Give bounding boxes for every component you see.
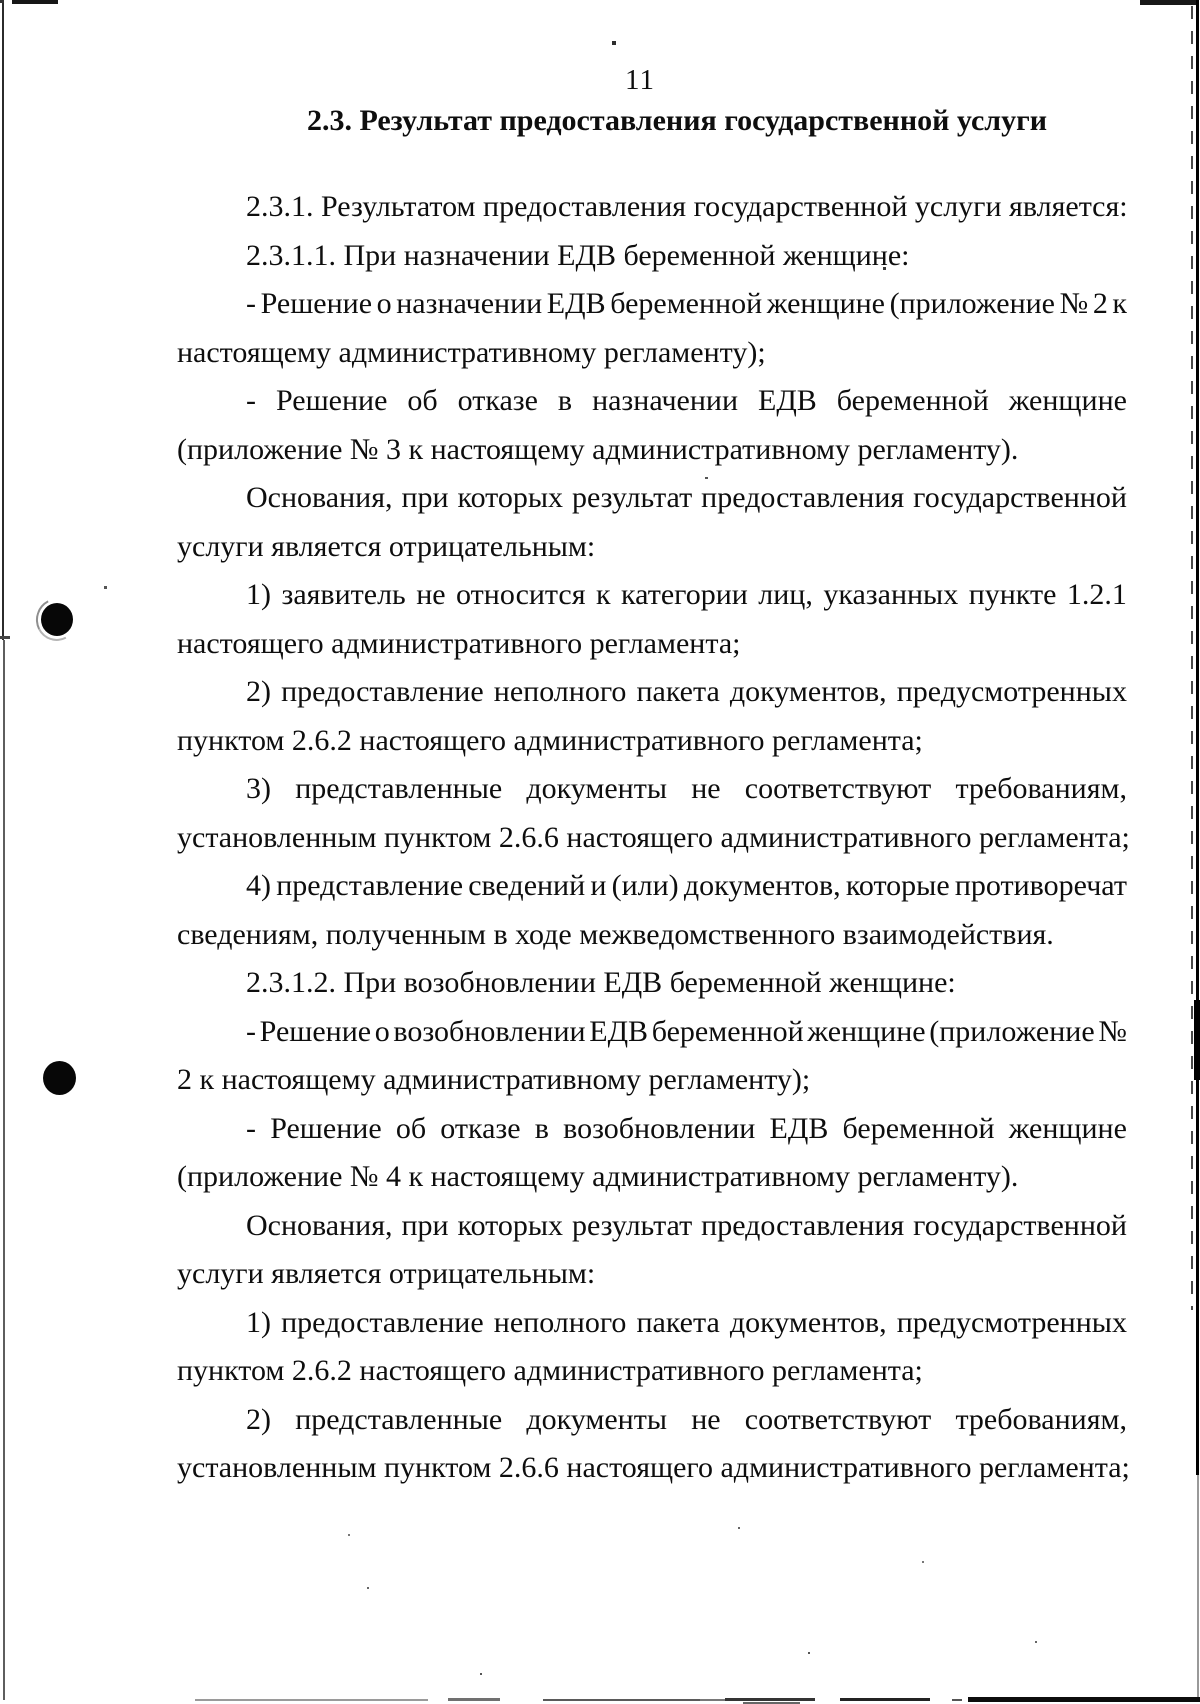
- text-word: при: [401, 478, 448, 518]
- scan-edge-mark: [1196, 0, 1199, 1475]
- text-line: (приложение № 3 к настоящему администрат…: [177, 430, 1127, 470]
- scan-bottom-line-segment: [195, 1699, 428, 1701]
- text-line: настоящему административному регламенту)…: [177, 333, 1127, 373]
- text-word: и: [590, 866, 606, 906]
- text-word: отказе: [440, 1109, 520, 1149]
- text-word: к: [596, 575, 611, 615]
- text-line: пунктом 2.6.2 настоящего административно…: [177, 1351, 1127, 1391]
- scan-speckle: [612, 41, 616, 45]
- text-word: лиц,: [758, 575, 813, 615]
- text-word: в: [558, 381, 572, 421]
- text-word: не: [691, 769, 720, 809]
- text-word: предусмотренных: [897, 672, 1127, 712]
- text-word: (приложение: [929, 1012, 1094, 1052]
- scan-speckle: [922, 1561, 924, 1563]
- text-line: услуги является отрицательным:: [177, 527, 1127, 567]
- text-word: которых: [458, 478, 564, 518]
- hole-punch-mark: [43, 1061, 76, 1095]
- scan-edge-mark: [3, 640, 5, 1700]
- text-word: (приложение: [890, 284, 1055, 324]
- text-word: документы: [526, 769, 667, 809]
- text-word: отказе: [458, 381, 538, 421]
- text-line: 2.3.1.1. При назначении ЕДВ беременной ж…: [246, 236, 1127, 276]
- text-word: -: [246, 1109, 256, 1149]
- page-number: 11: [177, 60, 1127, 100]
- text-word: беременной: [843, 1109, 995, 1149]
- text-word: возобновлении: [563, 1109, 755, 1149]
- text-word: №: [1098, 1012, 1127, 1052]
- text-line: установленным пунктом 2.6.6 настоящего а…: [177, 818, 1127, 858]
- text-word: -: [246, 381, 256, 421]
- text-line: -РешениеовозобновленииЕДВбеременнойженщи…: [246, 1012, 1127, 1052]
- text-line: установленным пунктом 2.6.6 настоящего а…: [177, 1448, 1127, 1488]
- text-word: противоречат: [955, 866, 1127, 906]
- text-word: 1): [246, 575, 271, 615]
- text-word: беременной: [610, 284, 762, 324]
- text-word: 1.2.1: [1067, 575, 1127, 615]
- text-line: 2.3.1. Результатом предоставления госуда…: [246, 187, 1127, 227]
- text-word: документов,: [684, 866, 841, 906]
- text-word: указанных: [823, 575, 958, 615]
- text-word: женщине: [1009, 381, 1127, 421]
- text-word: Решение: [270, 1109, 381, 1149]
- text-word: 2): [246, 672, 271, 712]
- scan-edge-mark: [0, 0, 4, 3]
- text-line: -РешениеоназначенииЕДВбеременнойженщине(…: [246, 284, 1127, 324]
- text-line: Основания,прикоторыхрезультатпредоставле…: [246, 478, 1127, 518]
- text-line: -РешениеоботказеввозобновленииЕДВберемен…: [246, 1109, 1127, 1149]
- text-word: об: [407, 381, 437, 421]
- scan-right-dashed-line: [1191, 6, 1193, 1310]
- text-word: к: [1112, 284, 1127, 324]
- text-word: представленные: [295, 769, 502, 809]
- text-word: №: [1060, 284, 1089, 324]
- scan-edge-mark: [1140, 0, 1198, 5]
- text-line: Основания,прикоторыхрезультатпредоставле…: [246, 1206, 1127, 1246]
- text-line: настоящего административного регламента;: [177, 624, 1127, 664]
- text-line: 3)представленныедокументынесоответствуют…: [246, 769, 1127, 809]
- text-line: 1)предоставлениенеполногопакетадокументо…: [246, 1303, 1127, 1343]
- text-word: неполного: [494, 672, 627, 712]
- scan-bottom-line-segment: [448, 1698, 500, 1701]
- text-word: предоставление: [281, 672, 484, 712]
- text-word: результат: [572, 478, 692, 518]
- hole-punch-mark: [41, 603, 73, 636]
- text-word: которых: [458, 1206, 564, 1246]
- text-word: беременной: [652, 1012, 804, 1052]
- text-word: государственной: [913, 478, 1127, 518]
- text-word: Решение: [261, 284, 372, 324]
- text-line: 4)представлениесведенийи(или)документов,…: [246, 866, 1127, 906]
- text-word: назначении: [592, 381, 738, 421]
- text-line: сведениям, полученным в ходе межведомств…: [177, 915, 1127, 955]
- scan-bottom-line-segment: [968, 1697, 1200, 1702]
- text-word: назначении: [396, 284, 542, 324]
- text-line: (приложение № 4 к настоящему администрат…: [177, 1157, 1127, 1197]
- scan-speckle: [480, 1673, 482, 1675]
- text-line: услуги является отрицательным:: [177, 1254, 1127, 1294]
- scan-edge-mark: [1194, 1000, 1200, 1080]
- text-word: представление: [276, 866, 463, 906]
- scanned-document-page: 11 2.3. Результат предоставления государ…: [0, 0, 1200, 1704]
- text-word: предоставления: [701, 1206, 904, 1246]
- text-line: 2.3.1.2. При возобновлении ЕДВ беременно…: [246, 963, 1127, 1003]
- text-word: 2: [1093, 284, 1108, 324]
- text-word: -: [246, 1012, 256, 1052]
- section-title: 2.3. Результат предоставления государств…: [177, 101, 1127, 141]
- text-word: сведений: [468, 866, 585, 906]
- scan-speckle: [1035, 1641, 1037, 1643]
- text-word: заявитель: [281, 575, 405, 615]
- text-word: о: [375, 1012, 390, 1052]
- text-word: Решение: [260, 1012, 371, 1052]
- scan-speckle: [705, 477, 708, 479]
- text-word: Основания,: [246, 478, 393, 518]
- text-line: -РешениеоботказевназначенииЕДВбеременной…: [246, 381, 1127, 421]
- scan-speckle: [348, 1534, 350, 1536]
- scan-speckle: [808, 1652, 810, 1654]
- scan-bottom-line-segment: [725, 1698, 815, 1701]
- text-word: пункте: [969, 575, 1057, 615]
- scan-bottom-line-segment: [543, 1699, 700, 1701]
- text-line: 2)предоставлениенеполногопакетадокументо…: [246, 672, 1127, 712]
- text-word: об: [396, 1109, 426, 1149]
- text-word: женщине: [807, 1012, 925, 1052]
- text-word: требованиям,: [955, 1400, 1127, 1440]
- text-word: пакета: [636, 1303, 719, 1343]
- text-word: категории: [621, 575, 748, 615]
- text-line: 1)заявительнеотноситсяккатегориилиц,указ…: [246, 575, 1127, 615]
- text-word: ЕДВ: [547, 284, 606, 324]
- text-word: соответствуют: [745, 1400, 932, 1440]
- text-word: Основания,: [246, 1206, 393, 1246]
- text-word: неполного: [494, 1303, 627, 1343]
- text-word: предоставления: [701, 478, 904, 518]
- text-line: 2)представленныедокументынесоответствуют…: [246, 1400, 1127, 1440]
- text-word: Решение: [276, 381, 387, 421]
- text-word: ЕДВ: [589, 1012, 648, 1052]
- text-word: не: [691, 1400, 720, 1440]
- scan-speckle: [367, 1587, 369, 1589]
- text-word: документов,: [730, 672, 887, 712]
- text-line: 2 к настоящему административному регламе…: [177, 1060, 1127, 1100]
- scan-speckle: [738, 1527, 740, 1529]
- text-word: предусмотренных: [897, 1303, 1127, 1343]
- text-word: государственной: [913, 1206, 1127, 1246]
- text-word: 4): [246, 866, 271, 906]
- text-word: требованиям,: [955, 769, 1127, 809]
- text-word: ЕДВ: [758, 381, 817, 421]
- text-word: 3): [246, 769, 271, 809]
- text-word: предоставление: [281, 1303, 484, 1343]
- text-word: беременной: [837, 381, 989, 421]
- text-word: 1): [246, 1303, 271, 1343]
- text-word: при: [401, 1206, 448, 1246]
- scan-edge-mark: [12, 0, 58, 4]
- text-word: (или): [612, 866, 679, 906]
- text-word: возобновлении: [393, 1012, 585, 1052]
- text-word: о: [377, 284, 392, 324]
- text-word: -: [246, 284, 256, 324]
- text-word: документов,: [730, 1303, 887, 1343]
- text-word: 2): [246, 1400, 271, 1440]
- text-word: относится: [456, 575, 585, 615]
- text-word: женщине: [767, 284, 885, 324]
- text-word: женщине: [1009, 1109, 1127, 1149]
- scan-edge-mark: [0, 636, 10, 639]
- text-line: пунктом 2.6.2 настоящего административно…: [177, 721, 1127, 761]
- text-word: в: [535, 1109, 549, 1149]
- text-word: пакета: [636, 672, 719, 712]
- text-word: представленные: [295, 1400, 502, 1440]
- scan-speckle: [104, 586, 107, 589]
- scan-bottom-line-segment: [840, 1698, 930, 1701]
- text-word: соответствуют: [745, 769, 932, 809]
- scan-edge-mark: [2, 0, 4, 640]
- text-word: результат: [572, 1206, 692, 1246]
- text-word: документы: [526, 1400, 667, 1440]
- scan-speckle: [883, 267, 886, 270]
- scan-edge-mark: [1197, 1475, 1199, 1700]
- text-word: ЕДВ: [770, 1109, 829, 1149]
- scan-bottom-line-segment: [952, 1699, 962, 1701]
- text-word: не: [416, 575, 445, 615]
- text-word: которые: [846, 866, 950, 906]
